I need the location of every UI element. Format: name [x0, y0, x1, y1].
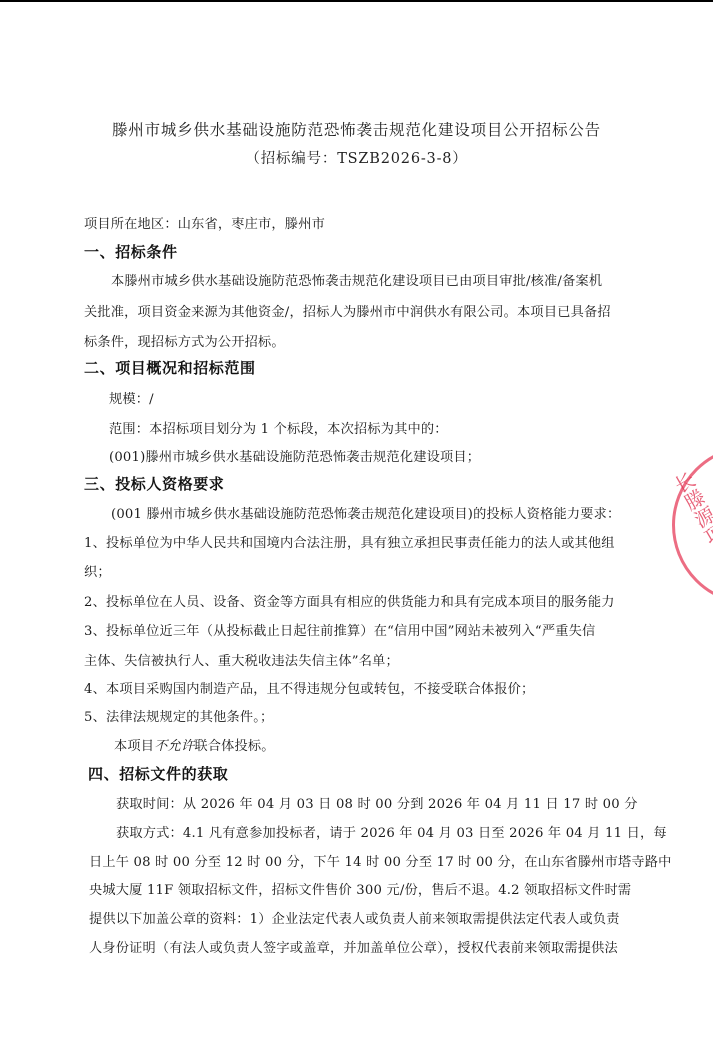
section-heading-4: 四、招标文件的获取	[88, 763, 228, 784]
consortium-emphasis: 不允许	[154, 739, 194, 754]
s3-consortium-note: 本项目不允许联合体投标。	[114, 735, 275, 754]
document-subtitle: （招标编号：TSZB2026-3-8）	[0, 147, 713, 168]
s4-line-method-5: 人身份证明（有法人或负责人签字或盖章，并加盖单位公章），授权代表前来领取需提供法	[89, 937, 618, 956]
section-heading-3: 三、投标人资格要求	[84, 473, 224, 494]
s4-line-method-4: 提供以下加盖公章的资料：1）企业法定代表人或负责人前来领取需提供法定代表人或负责	[89, 908, 620, 927]
s4-line-method-3: 央城大厦 11F 领取招标文件，招标文件售价 300 元/份，售后不退。4.2 …	[89, 879, 631, 898]
s4-line-time: 获取时间：从 2026 年 04 月 03 日 08 时 00 分到 2026 …	[116, 793, 638, 812]
s3-line-req4: 4、本项目采购国内制造产品，且不得违规分包或转包，不接受联合体报价；	[84, 678, 534, 697]
s1-line-1: 本滕州市城乡供水基础设施防范恐怖袭击规范化建设项目已由项目审批/核准/备案机	[111, 270, 602, 289]
s3-line-req1a: 1、投标单位为中华人民共和国境内合法注册，具有独立承担民事责任能力的法人或其他组	[84, 532, 615, 551]
s4-line-method-1: 获取方式：4.1 凡有意参加投标者，请于 2026 年 04 月 03 日至 2…	[116, 822, 667, 841]
s2-line-scope: 范围：本招标项目划分为 1 个标段，本次招标为其中的：	[109, 418, 448, 437]
document-title: 滕州市城乡供水基础设施防范恐怖袭击规范化建设项目公开招标公告	[0, 118, 713, 140]
s2-line-lot: (001)滕州市城乡供水基础设施防范恐怖袭击规范化建设项目；	[109, 446, 480, 465]
s3-line-req5: 5、法律法规规定的其他条件。；	[84, 706, 273, 725]
section-heading-2: 二、项目概况和招标范围	[84, 357, 256, 378]
project-region: 项目所在地区：山东省，枣庄市，滕州市	[84, 213, 325, 232]
s2-line-scale: 规模：/	[109, 388, 154, 407]
s3-line-intro: (001 滕州市城乡供水基础设施防范恐怖袭击规范化建设项目)的投标人资格能力要求…	[111, 503, 620, 522]
s3-line-req3b: 主体、失信被执行人、重大税收违法失信主体”名单；	[84, 650, 399, 669]
s3-line-req1b: 织；	[84, 561, 111, 580]
s1-line-3: 标条件，现招标方式为公开招标。	[84, 331, 285, 350]
s1-line-2: 关批准，项目资金来源为其他资金/，招标人为滕州市中润供水有限公司。本项目已具备招	[84, 301, 611, 320]
s3-line-req2: 2、投标单位在人员、设备、资金等方面具有相应的供货能力和具有完成本项目的服务能力	[84, 591, 615, 610]
consortium-prefix: 本项目	[114, 739, 154, 754]
s3-line-req3a: 3、投标单位近三年（从投标截止日起往前推算）在“信用中国”网站未被列入“严重失信	[84, 620, 595, 639]
document-page: 滕州市城乡供水基础设施防范恐怖袭击规范化建设项目公开招标公告 （招标编号：TSZ…	[0, 0, 713, 1060]
s4-line-method-2: 日上午 08 时 00 分至 12 时 00 分，下午 14 时 00 分至 1…	[89, 851, 672, 870]
consortium-suffix: 联合体投标。	[194, 739, 274, 754]
section-heading-1: 一、招标条件	[84, 241, 178, 262]
